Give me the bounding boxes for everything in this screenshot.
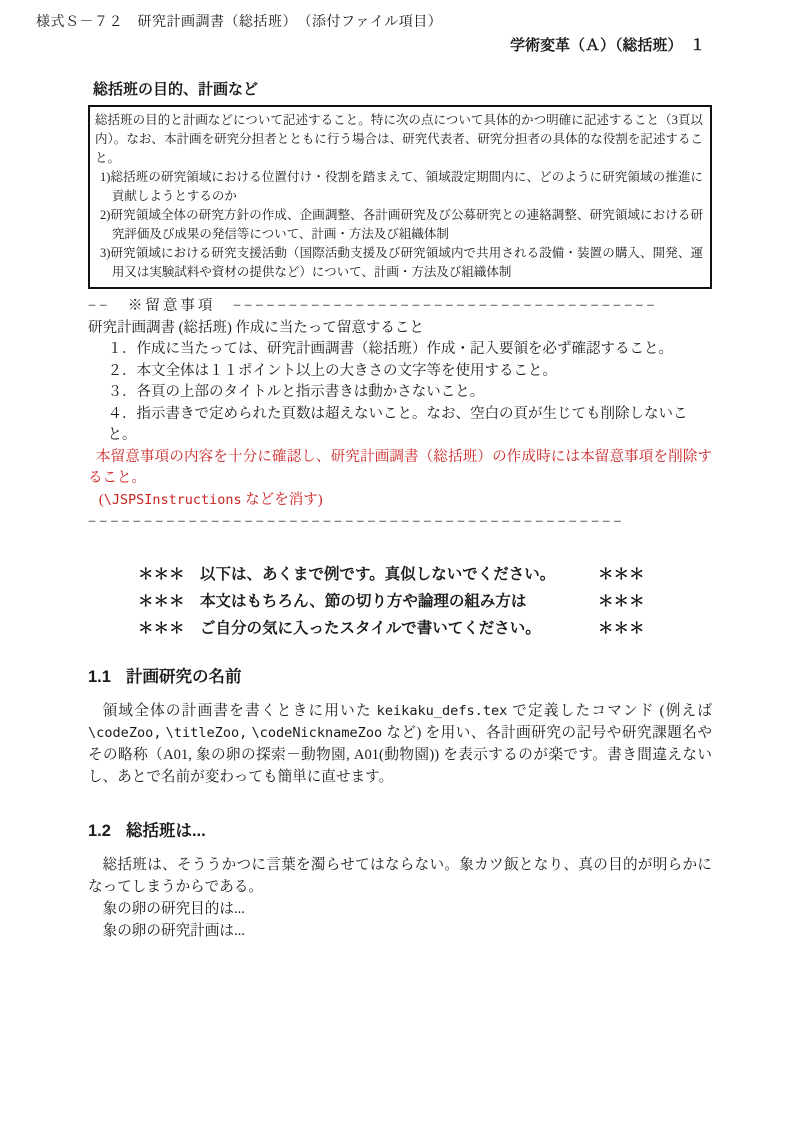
- research-purpose-line: 象の卵の研究目的は...: [88, 898, 712, 920]
- banner-stars-right: ＊＊＊: [598, 615, 645, 642]
- banner-text: ご自分の気に入ったスタイルで書いてください。: [200, 615, 598, 642]
- body-text-run: 領域全体の計画書を書くときに用いた: [103, 703, 377, 719]
- example-banner: ＊＊＊ 以下は、あくまで例です。真似しないでください。 ＊＊＊ ＊＊＊ 本文はも…: [138, 561, 712, 642]
- notes-item-3: ３．各頁の上部のタイトルと指示書きは動かさないこと。: [88, 382, 712, 404]
- red-note-close: などを消す): [242, 492, 323, 508]
- notes-item-4: ４．指示書きで定められた頁数は超えないこと。なお、空白の頁が生じても削除しないこ…: [88, 404, 712, 447]
- latex-command-codenicknamezoo: \codeNicknameZoo: [252, 725, 383, 741]
- subsection-heading-1-2: 1.2 総括班は...: [88, 821, 712, 841]
- latex-command-jspsinstructions: \JSPSInstructions: [104, 492, 242, 508]
- document-body: 総括班の目的、計画など 総括班の目的と計画などについて記述すること。特に次の点に…: [88, 81, 712, 942]
- instruction-box-item-3: 3)研究領域における研究支援活動（国際活動支援及び研究領域内で共用される設備・装…: [95, 244, 703, 282]
- instruction-box-item-1: 1)総括班の研究領域における位置付け・役割を踏まえて、領域設定期間内に、どのよう…: [95, 168, 703, 206]
- banner-stars-right: ＊＊＊: [598, 588, 645, 615]
- instruction-box-intro: 総括班の目的と計画などについて記述すること。特に次の点について具体的かつ明確に記…: [95, 111, 703, 168]
- banner-stars-right: ＊＊＊: [598, 561, 645, 588]
- red-latex-note: (\JSPSInstructions などを消す): [88, 490, 712, 512]
- banner-stars-left: ＊＊＊: [138, 588, 200, 615]
- section-heading: 総括班の目的、計画など: [93, 81, 712, 99]
- instruction-box-item-2: 2)研究領域全体の研究方針の作成、企画調整、各計画研究及び公募研究との連絡調整、…: [95, 206, 703, 244]
- instruction-box: 総括班の目的と計画などについて記述すること。特に次の点について具体的かつ明確に記…: [88, 105, 712, 289]
- subsection-1-1-paragraph: 領域全体の計画書を書くときに用いた keikaku_defs.tex で定義した…: [88, 700, 712, 788]
- notes-item-1: １．作成に当たっては、研究計画調書（総括班）作成・記入要領を必ず確認すること。: [88, 339, 712, 361]
- latex-command-codezoo: \codeZoo,: [88, 725, 162, 741]
- banner-stars-left: ＊＊＊: [138, 615, 200, 642]
- notes-title: 研究計画調書 (総括班) 作成に当たって留意すること: [88, 318, 712, 340]
- subsection-1-2-paragraph: 総括班は、そううかつに言葉を濁らせてはならない。象カツ飯となり、真の目的が明らか…: [88, 854, 712, 898]
- notes-footer-rule: −−−−−−−−−−−−−−−−−−−−−−−−−−−−−−−−−−−−−−−−…: [88, 512, 712, 534]
- notes-item-2: ２．本文全体は１１ポイント以上の大きさの文字等を使用すること。: [88, 361, 712, 383]
- banner-text: 以下は、あくまで例です。真似しないでください。: [200, 561, 598, 588]
- latex-filename-run: keikaku_defs.tex: [377, 703, 508, 719]
- banner-stars-left: ＊＊＊: [138, 561, 200, 588]
- subsection-title: 総括班は...: [126, 821, 206, 841]
- notes-section: −− ※留意事項 −−−−−−−−−−−−−−−−−−−−−−−−−−−−−−−…: [88, 296, 712, 534]
- banner-row-3: ＊＊＊ ご自分の気に入ったスタイルで書いてください。 ＊＊＊: [138, 615, 712, 642]
- subsection-number: 1.2: [88, 821, 111, 841]
- body-text-run: で定義したコマンド (例えば: [507, 703, 712, 719]
- page-header-right: 学術変革（Ａ）（総括班） １: [0, 36, 705, 56]
- document-page: 様式Ｓ－７２ 研究計画調書（総括班） （添付ファイル項目） 学術変革（Ａ）（総括…: [0, 0, 794, 1123]
- form-code-header: 様式Ｓ－７２ 研究計画調書（総括班） （添付ファイル項目）: [36, 13, 794, 33]
- banner-row-2: ＊＊＊ 本文はもちろん、節の切り方や論理の組み方は ＊＊＊: [138, 588, 712, 615]
- subsection-heading-1-1: 1.1 計画研究の名前: [88, 667, 712, 687]
- banner-row-1: ＊＊＊ 以下は、あくまで例です。真似しないでください。 ＊＊＊: [138, 561, 712, 588]
- latex-command-titlezoo: \titleZoo,: [166, 725, 248, 741]
- subsection-number: 1.1: [88, 667, 111, 687]
- notes-header-rule: −− ※留意事項 −−−−−−−−−−−−−−−−−−−−−−−−−−−−−−−…: [88, 296, 712, 318]
- subsection-title: 計画研究の名前: [126, 667, 242, 687]
- banner-text: 本文はもちろん、節の切り方や論理の組み方は: [200, 588, 598, 615]
- red-warning-text: 本留意事項の内容を十分に確認し、研究計画調書（総括班）の作成時には本留意事項を削…: [88, 447, 712, 490]
- research-plan-line: 象の卵の研究計画は...: [88, 920, 712, 942]
